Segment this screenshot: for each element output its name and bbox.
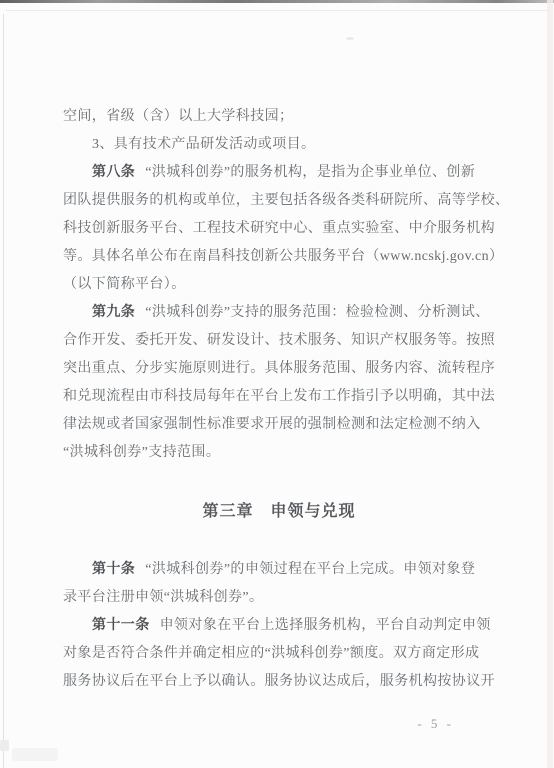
paragraph-line: 科技创新服务平台、工程技术研究中心、重点实验室、中介服务机构 bbox=[63, 215, 495, 243]
paragraph-line: 3、具有技术产品研发活动或项目。 bbox=[63, 131, 495, 159]
line-text: 空间，省级（含）以上大学科技园； bbox=[63, 109, 293, 124]
scan-faint-line-artifact bbox=[6, 10, 550, 11]
paragraph-line: 第八条“洪城科创券”的服务机构，是指为企事业单位、创新 bbox=[63, 159, 495, 187]
line-text: 对象是否符合条件并确定相应的“洪城科创券”额度。双方商定形成 bbox=[63, 646, 479, 661]
article-number: 第十一条 bbox=[92, 618, 150, 633]
line-text: “洪城科创券”支持的服务范围：检验检测、分析测试、 bbox=[145, 305, 489, 320]
paragraph-line: 空间，省级（含）以上大学科技园； bbox=[63, 103, 495, 131]
scan-dot-artifact bbox=[346, 37, 354, 40]
line-text: 等。具体名单公布在南昌科技创新公共服务平台（www.ncskj.gov.cn） bbox=[63, 249, 503, 264]
line-text: （以下简称平台）。 bbox=[63, 277, 186, 292]
paragraph-line: 录平台注册申领“洪城科创券”。 bbox=[63, 584, 495, 612]
line-text: “洪城科创券”的服务机构，是指为企事业单位、创新 bbox=[145, 165, 475, 180]
article-number: 第九条 bbox=[92, 305, 135, 320]
paragraph-line: 第十一条申领对象在平台上选择服务机构，平台自动判定申领 bbox=[63, 612, 495, 640]
line-text: 申领对象在平台上选择服务机构，平台自动判定申领 bbox=[160, 618, 491, 633]
page-number: - 5 - bbox=[417, 716, 454, 732]
paragraph-line: 合作开发、委托开发、研发设计、技术服务、知识产权服务等。按照 bbox=[63, 327, 495, 355]
paragraph-line: 团队提供服务的机构或单位，主要包括各级各类科研院所、高等学校、 bbox=[63, 187, 495, 215]
line-text: “洪城科创券”支持范围。 bbox=[63, 445, 220, 460]
document-body: 空间，省级（含）以上大学科技园； 3、具有技术产品研发活动或项目。 第八条“洪城… bbox=[63, 103, 495, 696]
line-text: 合作开发、委托开发、研发设计、技术服务、知识产权服务等。按照 bbox=[63, 333, 495, 348]
paragraph-line: 对象是否符合条件并确定相应的“洪城科创券”额度。双方商定形成 bbox=[63, 640, 495, 668]
line-text: “洪城科创券”的申领过程在平台上完成。申领对象登 bbox=[145, 562, 475, 577]
scan-left-edge-artifact bbox=[3, 14, 4, 768]
line-text: 录平台注册申领“洪城科创券”。 bbox=[63, 590, 263, 605]
chapter-heading: 第三章 申领与兑现 bbox=[63, 498, 495, 526]
line-text: 3、具有技术产品研发活动或项目。 bbox=[92, 137, 315, 152]
scan-right-edge-artifact bbox=[547, 0, 553, 768]
paragraph-line: 第十条“洪城科创券”的申领过程在平台上完成。申领对象登 bbox=[63, 556, 495, 584]
paragraph-line: 等。具体名单公布在南昌科技创新公共服务平台（www.ncskj.gov.cn） bbox=[63, 243, 495, 271]
scan-smudge-artifact bbox=[12, 748, 58, 761]
paragraph-line: 第九条“洪城科创券”支持的服务范围：检验检测、分析测试、 bbox=[63, 299, 495, 327]
paragraph-line: 服务协议后在平台上予以确认。服务协议达成后，服务机构按协议开 bbox=[63, 668, 495, 696]
line-text: 和兑现流程由市科技局每年在平台上发布工作指引予以明确，其中法 bbox=[63, 389, 495, 404]
line-text: 突出重点、分步实施原则进行。具体服务范围、服务内容、流转程序 bbox=[63, 361, 495, 376]
paragraph-line: 和兑现流程由市科技局每年在平台上发布工作指引予以明确，其中法 bbox=[63, 383, 495, 411]
paragraph-line: 突出重点、分步实施原则进行。具体服务范围、服务内容、流转程序 bbox=[63, 355, 495, 383]
article-number: 第八条 bbox=[92, 165, 135, 180]
line-text: 服务协议后在平台上予以确认。服务协议达成后，服务机构按协议开 bbox=[63, 674, 495, 689]
article-number: 第十条 bbox=[92, 562, 135, 577]
paragraph-line: 律法规或者国家强制性标准要求开展的强制检测和法定检测不纳入 bbox=[63, 411, 495, 439]
line-text: 团队提供服务的机构或单位，主要包括各级各类科研院所、高等学校、 bbox=[63, 193, 509, 208]
scan-top-edge-artifact bbox=[0, 0, 554, 3]
line-text: 科技创新服务平台、工程技术研究中心、重点实验室、中介服务机构 bbox=[63, 221, 495, 236]
line-text: 律法规或者国家强制性标准要求开展的强制检测和法定检测不纳入 bbox=[63, 417, 481, 432]
scan-smudge-artifact bbox=[0, 740, 9, 751]
paragraph-line: “洪城科创券”支持范围。 bbox=[63, 439, 495, 467]
paragraph-line: （以下简称平台）。 bbox=[63, 271, 495, 299]
scanned-document-page: 空间，省级（含）以上大学科技园； 3、具有技术产品研发活动或项目。 第八条“洪城… bbox=[0, 0, 554, 768]
